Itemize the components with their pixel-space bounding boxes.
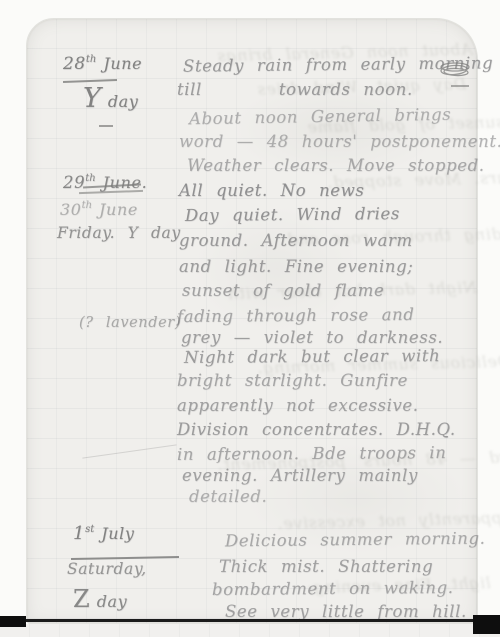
dark-background-right — [473, 615, 500, 634]
bleed-through-text: Delicious summer morning. — [257, 352, 500, 378]
dark-background-left — [0, 616, 26, 627]
margin-note-date-28-june: 28thJune — [63, 55, 142, 73]
date-day: 29 — [63, 173, 85, 192]
diary-line: evening. Artillery mainly — [182, 468, 418, 485]
date-month: July — [101, 524, 134, 543]
date-month: June. — [103, 173, 148, 192]
scribble-strikeout-icon — [435, 59, 475, 81]
diary-line: ground. Afternoon warm — [179, 233, 413, 250]
margin-note-z-day: Zday — [73, 587, 127, 611]
margin-note-friday-y-day: Friday. Y day — [57, 226, 181, 242]
diary-line: sunset of gold flame — [182, 283, 384, 300]
diary-line: fading through rose and — [177, 307, 415, 326]
margin-note-date-30-june: 30thJune — [60, 201, 138, 218]
margin-note-date-29-june: 29thJune. — [63, 174, 147, 192]
margin-note-date-1-july: 1stJuly — [73, 525, 135, 543]
date-month: June — [103, 54, 142, 73]
underline-mark — [71, 556, 179, 560]
diary-line: detailed. — [189, 489, 267, 506]
diary-line: Delicious summer morning. — [225, 531, 486, 550]
diary-line: apparently not excessive. — [177, 398, 419, 415]
scanned-diary-photo: About noon General brings Day quiet. Win… — [0, 0, 500, 637]
page-bottom-edge-line — [16, 619, 484, 622]
strikethrough-mark — [83, 183, 141, 188]
bleed-through-text: word — 48 hours' postponement. — [217, 447, 500, 474]
code-letter: Z — [73, 585, 90, 613]
bleed-through-text: sunset of gold flame — [307, 112, 500, 136]
date-day: 30 — [60, 200, 82, 219]
diary-line: All quiet. No news — [179, 183, 364, 200]
date-month: June — [99, 200, 138, 219]
bleed-through-text: Night dark but clear with — [227, 278, 477, 304]
diary-line: Thick mist. Shattering — [219, 559, 433, 576]
strikethrough-mark — [79, 190, 143, 194]
diary-line: bombardment on waking. — [212, 580, 454, 599]
margin-note-lavender: (? lavender) — [79, 316, 181, 331]
date-day: 1 — [73, 523, 85, 544]
bleed-through-text: fading through rose and — [287, 224, 500, 249]
date-ordinal: th — [82, 200, 92, 211]
date-day: 28 — [63, 54, 86, 74]
diary-line: Weather clears. Move stopped. — [187, 158, 485, 175]
dash-mark — [99, 125, 113, 127]
diary-line: and light. Fine evening; — [179, 259, 413, 276]
bleed-through-text: and light. Fine evening; — [307, 572, 500, 597]
code-word: day — [108, 92, 139, 111]
diary-line: Day quiet. Wind dries — [185, 206, 400, 224]
dash-mark — [451, 85, 469, 87]
stray-pencil-stroke — [82, 444, 176, 459]
code-letter: Y — [83, 83, 101, 114]
diary-line: About noon General brings — [189, 107, 451, 128]
code-word: day — [97, 592, 128, 611]
underline-mark — [63, 79, 117, 82]
bleed-through-text: apparently not excessive. — [277, 508, 500, 533]
diary-line: till towards noon. — [177, 82, 413, 99]
diary-line: grey — violet to darkness. — [181, 330, 443, 347]
bleed-through-text: Weather clears. Move stopped. — [327, 165, 500, 192]
margin-note-saturday: Saturday, — [67, 562, 147, 578]
diary-line: in afternoon. Bde troops in — [177, 445, 447, 463]
diary-line: Night dark but clear with — [184, 348, 440, 366]
date-ordinal: st — [85, 524, 94, 535]
margin-note-y-day: Yday — [83, 85, 138, 112]
next-page-edge — [0, 624, 500, 637]
date-ordinal: th — [85, 173, 95, 184]
notebook-page: About noon General brings Day quiet. Win… — [26, 18, 478, 624]
diary-line: Division concentrates. D.H.Q. — [177, 422, 456, 439]
diary-line: bright starlight. Gunfire — [177, 373, 408, 390]
date-ordinal: th — [86, 54, 96, 65]
diary-line: word — 48 hours' postponement. — [179, 134, 500, 151]
